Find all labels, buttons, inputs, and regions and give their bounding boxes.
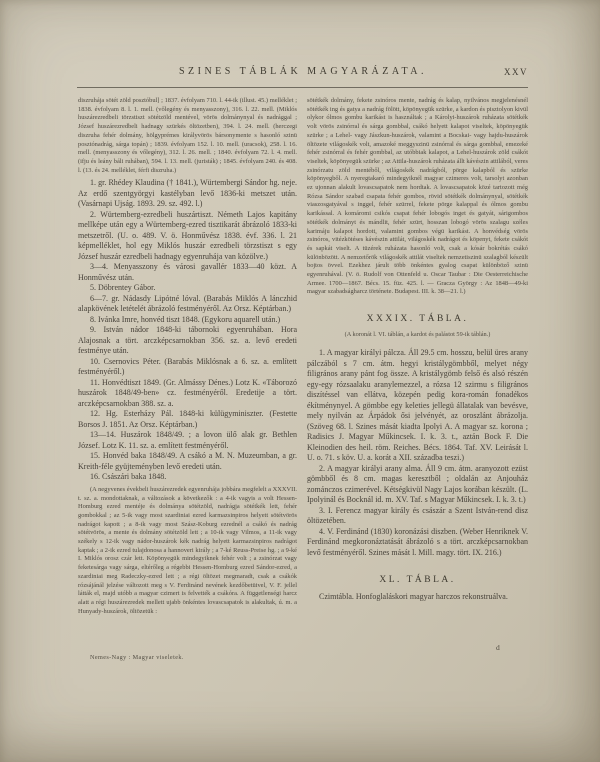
- entry-paragraph: 15. Honvéd baka 1848/49. A csákó a M. N.…: [78, 451, 297, 472]
- page-header: SZINES TÁBLÁK MAGYARÁZATA. XXV: [78, 66, 528, 86]
- entry-paragraph: 1. A magyar királyi pálcza. Áll 29.5 cm.…: [307, 348, 528, 464]
- page-title: SZINES TÁBLÁK MAGYARÁZATA.: [78, 66, 528, 77]
- entry-paragraph: 3. I. Ferencz magyar király és császár a…: [307, 506, 528, 527]
- continuation-paragraph: sötétkék dolmány, fekete zsinóros mente,…: [307, 97, 528, 297]
- intro-paragraph: diszruhája sötét zöld posztóbul] ; 1837.…: [78, 97, 297, 175]
- entry-paragraph: 9. István nádor 1848-ki tábornoki egyenr…: [78, 325, 297, 357]
- signature-mark: d: [496, 643, 500, 652]
- entry-paragraph: 1. gr. Rhédey Klaudina († 1841.), Würtem…: [78, 178, 297, 210]
- table-39-caption: (A koronát l. VI. táblán, a kardot és pa…: [307, 331, 528, 339]
- entry-paragraph: 10. Csernovics Péter. (Barabás Miklósnak…: [78, 357, 297, 378]
- entry-paragraph: 5. Döbrentey Gábor.: [78, 283, 297, 294]
- entry-paragraph: 13—14. Huszárok 1848/49. ; a lovon ülő a…: [78, 430, 297, 451]
- header-rule: [77, 87, 528, 88]
- note-paragraph: (A negyvenes évekbeli huszárezredek egye…: [78, 486, 297, 617]
- text-columns: diszruhája sötét zöld posztóbul] ; 1837.…: [78, 97, 528, 652]
- table-39-heading: XXXIX. TÁBLA.: [307, 314, 528, 324]
- left-column: diszruhája sötét zöld posztóbul] ; 1837.…: [78, 97, 297, 652]
- running-footer: Nemes-Nagy : Magyar viseletek.: [90, 654, 184, 661]
- entry-paragraph: 4. V. Ferdinánd (1830) koronázási diszbe…: [307, 527, 528, 559]
- plate-caption-paragraph: Czimtábla. Honfoglaláskori magyar harczo…: [307, 592, 528, 603]
- entry-paragraph: 3—4. Menyasszony és városi gavallér 1833…: [78, 262, 297, 283]
- table-40-heading: XL. TÁBLA.: [307, 575, 528, 585]
- page-number: XXV: [504, 67, 528, 77]
- entry-paragraph: 11. Honvédtiszt 1849. (Gr. Almássy Dénes…: [78, 378, 297, 410]
- entry-paragraph: 12. Hg. Esterházy Pál. 1848-ki külügymin…: [78, 409, 297, 430]
- entry-paragraph: 8. Ivánka Imre, honvéd tiszt 1848. (Egyk…: [78, 315, 297, 326]
- entry-paragraph: 2. A magyar királyi arany alma. Áll 9 cm…: [307, 464, 528, 506]
- entry-paragraph: 6—7. gr. Nádasdy Lipótné lóval. (Barabás…: [78, 294, 297, 315]
- scanned-book-page: SZINES TÁBLÁK MAGYARÁZATA. XXV diszruháj…: [0, 0, 600, 762]
- entry-paragraph: 2. Würtemberg-ezredbeli huszártiszt. Ném…: [78, 210, 297, 263]
- right-column: sötétkék dolmány, fekete zsinóros mente,…: [307, 97, 528, 652]
- entry-paragraph: 16. Császári baka 1848.: [78, 472, 297, 483]
